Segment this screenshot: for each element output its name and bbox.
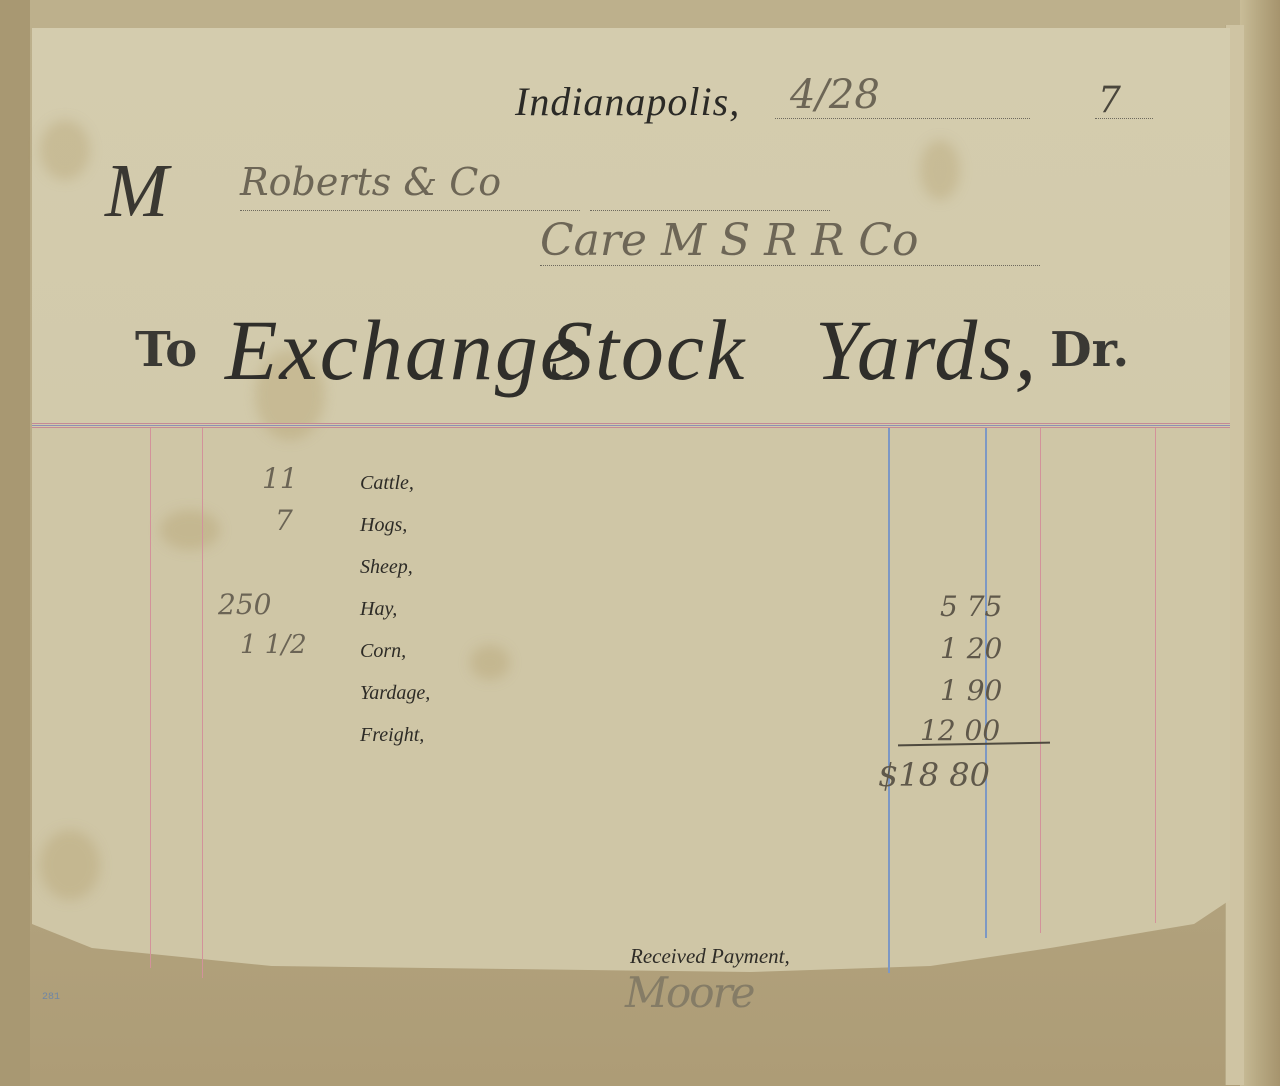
item-freight: Freight, (360, 724, 424, 747)
date-rule (775, 118, 1030, 119)
item-yardage: Yardage, (360, 682, 430, 705)
amount-hay: 5 75 (940, 590, 1002, 623)
heading-yards: Yards, (815, 300, 1038, 400)
heading-stock: Stock (550, 300, 746, 400)
payer-care-of: Care M S R R Co (540, 215, 919, 266)
stain (40, 830, 100, 900)
invoice-heading: To Exchange Stock Yards, Dr. (135, 300, 1135, 410)
album-edge-left (0, 0, 30, 1086)
stain (40, 120, 90, 180)
amount-yardage: 1 90 (940, 674, 1002, 707)
item-corn: Corn, (360, 640, 406, 663)
column-rule-blue (888, 428, 890, 973)
heading-exchange: Exchange (225, 300, 580, 400)
stain (920, 140, 960, 200)
amount-corn: 1 20 (940, 632, 1002, 665)
form-number: 281 (42, 992, 60, 1003)
payer-rule-1 (240, 210, 580, 211)
received-payment-label: Received Payment, (630, 944, 790, 969)
item-hogs: Hogs, (360, 514, 407, 537)
item-cattle: Cattle, (360, 472, 414, 495)
item-sheep: Sheep, (360, 556, 413, 579)
qty-corn: 1 1/2 (240, 630, 307, 660)
column-rule-red (1040, 428, 1041, 933)
stain (160, 510, 220, 550)
signature: Moore (625, 968, 754, 1017)
item-hay: Hay, (360, 598, 397, 621)
invoice-ledger-area (32, 420, 1230, 1020)
heading-to: To (135, 322, 197, 378)
column-rule-red (150, 428, 151, 968)
total-amount: $18 80 (878, 756, 990, 794)
column-rule-red (1155, 428, 1156, 923)
date-month-day: 4/28 (790, 72, 880, 118)
heading-dr: Dr. (1050, 322, 1129, 378)
stain (470, 645, 510, 680)
qty-cattle: 11 (262, 462, 298, 495)
place-name: Indianapolis, (515, 78, 740, 125)
salutation-m: M (105, 148, 168, 235)
column-rule-red (202, 428, 203, 978)
qty-hay: 250 (218, 588, 271, 621)
payer-rule-2 (590, 210, 830, 211)
qty-hogs: 7 (275, 504, 293, 537)
album-edge-right (1240, 0, 1280, 1086)
payer-name: Roberts & Co (240, 160, 501, 204)
year-suffix: 7 (1098, 80, 1121, 121)
header-double-rule (32, 423, 1230, 429)
